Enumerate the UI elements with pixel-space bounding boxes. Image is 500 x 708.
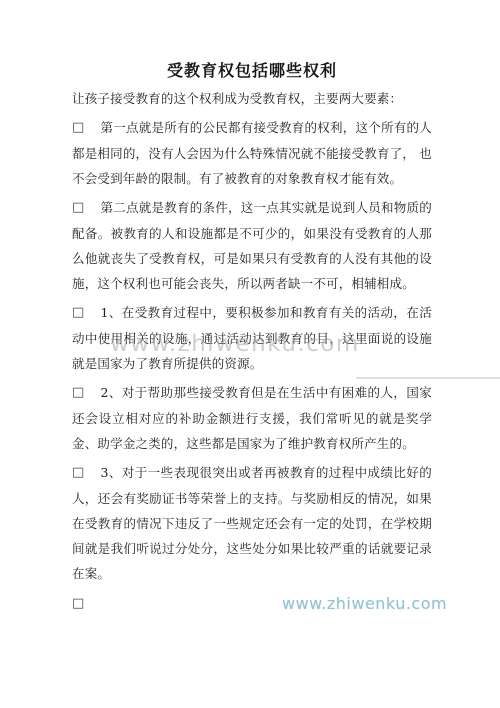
page-title: 受教育权包括哪些权利	[72, 58, 432, 84]
paragraph-point-1: □第一点就是所有的公民都有接受教育的权利，这个所有的人都是相同的，没有人会因为什…	[72, 115, 432, 191]
checkbox-bullet: □	[72, 300, 84, 325]
paragraph-text: 第一点就是所有的公民都有接受教育的权利，这个所有的人都是相同的，没有人会因为什么…	[72, 120, 432, 186]
paragraph-text: 第二点就是教育的条件，这一点其实就是说到人员和物质的配备。被教育的人和设施都是不…	[72, 200, 432, 291]
paragraph-text: 1、在受教育过程中，要积极参加和教育有关的活动，在活动中使用相关的设施，通过活动…	[72, 305, 432, 371]
paragraph-point-2: □第二点就是教育的条件，这一点其实就是说到人员和物质的配备。被教育的人和设施都是…	[72, 195, 432, 296]
checkbox-bullet: □	[72, 380, 84, 405]
checkbox-bullet: □	[72, 591, 84, 616]
paragraph-text: 3、对于一些表现很突出或者再被教育的过程中成绩比好的人，还会有奖励证书等荣誉上的…	[72, 465, 432, 581]
intro-paragraph: 让孩子接受教育的这个权利成为受教育权，主要两大要素：	[72, 86, 432, 111]
scan-artifact-line	[356, 377, 500, 379]
checkbox-bullet: □	[72, 195, 84, 220]
document-page: 受教育权包括哪些权利 让孩子接受教育的这个权利成为受教育权，主要两大要素： □第…	[0, 0, 500, 708]
document-content: 受教育权包括哪些权利 让孩子接受教育的这个权利成为受教育权，主要两大要素： □第…	[72, 0, 432, 621]
paragraph-text: 2、对于帮助那些接受教育但是在生活中有困难的人，国家还会设立相对应的补助金额进行…	[72, 385, 432, 451]
checkbox-bullet: □	[72, 115, 84, 140]
paragraph-item-2: □2、对于帮助那些接受教育但是在生活中有困难的人，国家还会设立相对应的补助金额进…	[72, 380, 432, 456]
paragraph-item-1: □1、在受教育过程中，要积极参加和教育有关的活动，在活动中使用相关的设施，通过活…	[72, 300, 432, 376]
trailing-empty-paragraph: □	[72, 591, 432, 617]
checkbox-bullet: □	[72, 460, 84, 485]
paragraph-item-3: □3、对于一些表现很突出或者再被教育的过程中成绩比好的人，还会有奖励证书等荣誉上…	[72, 460, 432, 586]
